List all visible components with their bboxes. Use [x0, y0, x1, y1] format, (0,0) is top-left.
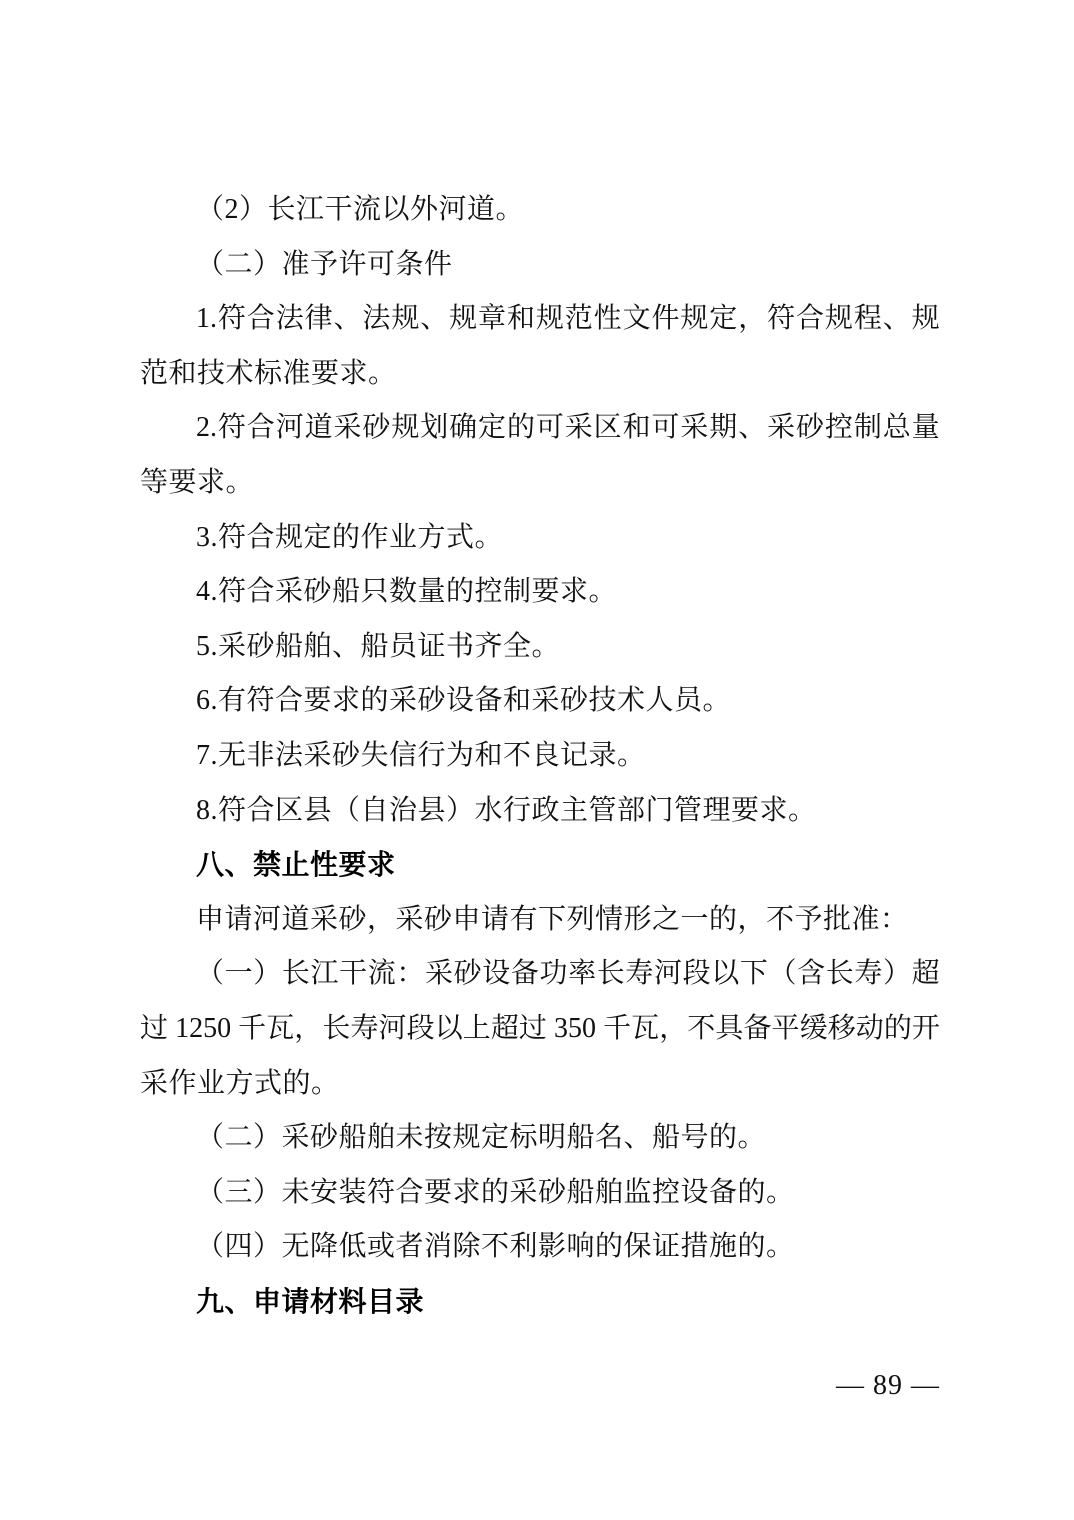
text-token: 动: [856, 1002, 884, 1057]
text-token: ）: [883, 947, 911, 1002]
text-token: 采: [680, 401, 708, 456]
text-token: 千: [603, 1002, 631, 1057]
text-token: 超: [491, 1002, 519, 1057]
text-token: 章: [478, 292, 506, 347]
text-token: 规: [912, 292, 940, 347]
text-token: 千: [238, 1002, 266, 1057]
text-token: 控: [825, 401, 853, 456]
text-token: 合: [796, 292, 824, 347]
text-token: 符: [218, 401, 246, 456]
text-token: 文: [623, 292, 651, 347]
text-token: 总: [883, 401, 911, 456]
text-line: （三）未安装符合要求的采砂船舶监控设备的。: [140, 1166, 940, 1221]
text-token: 制: [854, 401, 882, 456]
page-number: — 89 —: [836, 1366, 940, 1406]
text-token: 上: [463, 1002, 491, 1057]
text-token: ，: [738, 292, 766, 347]
text-token: （: [196, 947, 224, 1002]
text-token: 一: [225, 947, 253, 1002]
text-token: 符: [218, 292, 246, 347]
section-heading: 八、禁止性要求: [140, 838, 940, 893]
text-token: 长: [322, 1002, 350, 1057]
text-token: 期: [709, 401, 737, 456]
text-line: 8.符合区县（自治县）水行政主管部门管理要求。: [140, 784, 940, 839]
text-token: 合: [247, 401, 275, 456]
text-token: 长: [826, 947, 854, 1002]
text-token: 性: [594, 292, 622, 347]
text-token: 、: [420, 292, 448, 347]
text-token: 、: [738, 401, 766, 456]
section-heading: 九、申请材料目录: [140, 1275, 940, 1330]
text-token: 瓦: [266, 1002, 294, 1057]
text-token: 1.: [196, 292, 217, 347]
text-token: 规: [680, 292, 708, 347]
text-token: （: [769, 947, 797, 1002]
text-token: 定: [709, 292, 737, 347]
text-token: 过: [519, 1002, 547, 1057]
text-line: 5.采砂船舶、船员证书齐全。: [140, 620, 940, 675]
text-token: 过: [140, 1002, 168, 1057]
text-token: ：: [396, 947, 424, 1002]
text-token: 功: [540, 947, 568, 1002]
text-token: 和: [507, 292, 535, 347]
text-token: 程: [854, 292, 882, 347]
text-token: 河: [379, 1002, 407, 1057]
text-token: 范: [565, 292, 593, 347]
text-token: 可: [536, 401, 564, 456]
text-token: 长: [282, 947, 310, 1002]
text-line: 范和技术标准要求。: [140, 347, 940, 402]
text-token: 瓦: [631, 1002, 659, 1057]
document-page: （2）长江干流以外河道。（二）准予许可条件1.符合法律、法规、规章和规范性文件规…: [0, 0, 1074, 1520]
text-token: 以: [435, 1002, 463, 1057]
text-token: 规: [825, 292, 853, 347]
text-token: 规: [449, 292, 477, 347]
text-token: 件: [651, 292, 679, 347]
text-token: 移: [828, 1002, 856, 1057]
text-token: ）: [253, 947, 281, 1002]
text-token: 不: [687, 1002, 715, 1057]
text-token: 确: [449, 401, 477, 456]
text-token: 采: [425, 947, 453, 1002]
text-token: 砂: [796, 401, 824, 456]
text-token: ，: [659, 1002, 687, 1057]
text-token: 区: [594, 401, 622, 456]
text-token: 符: [767, 292, 795, 347]
text-token: 备: [511, 947, 539, 1002]
text-token: 砂: [362, 401, 390, 456]
text-token: 率: [568, 947, 596, 1002]
text-token: 定: [478, 401, 506, 456]
text-token: 划: [420, 401, 448, 456]
text-line: 过 1250 千瓦，长寿河段以上超过 350 千瓦，不具备平缓移动的开: [140, 1002, 940, 1057]
text-token: 合: [247, 292, 275, 347]
text-token: 寿: [625, 947, 653, 1002]
text-token: 、: [334, 292, 362, 347]
text-token: 规: [391, 292, 419, 347]
text-token: 2.: [196, 401, 217, 456]
text-line: 3.符合规定的作业方式。: [140, 511, 940, 566]
text-token: 寿: [854, 947, 882, 1002]
document-content: （2）长江干流以外河道。（二）准予许可条件1.符合法律、法规、规章和规范性文件规…: [140, 183, 940, 1329]
text-token: 干: [339, 947, 367, 1002]
text-line: （四）无降低或者消除不利影响的保证措施的。: [140, 1220, 940, 1275]
text-token: 量: [912, 401, 940, 456]
text-token: 超: [912, 947, 940, 1002]
text-token: 设: [482, 947, 510, 1002]
text-token: 段: [683, 947, 711, 1002]
text-line: 6.有符合要求的采砂设备和采砂技术人员。: [140, 674, 940, 729]
text-token: 河: [654, 947, 682, 1002]
text-token: 备: [743, 1002, 771, 1057]
text-token: 长: [597, 947, 625, 1002]
text-line: 等要求。: [140, 456, 940, 511]
text-token: 的: [507, 401, 535, 456]
text-line: 采作业方式的。: [140, 1057, 940, 1112]
text-token: 采: [767, 401, 795, 456]
text-line: 1.符合法律、法规、规章和规范性文件规定，符合规程、规: [140, 292, 940, 347]
text-token: 规: [536, 292, 564, 347]
text-token: 流: [368, 947, 396, 1002]
text-line: （2）长江干流以外河道。: [140, 183, 940, 238]
text-token: 、: [883, 292, 911, 347]
text-token: 和: [623, 401, 651, 456]
text-token: 开: [912, 1002, 940, 1057]
text-token: 含: [797, 947, 825, 1002]
text-token: 缓: [800, 1002, 828, 1057]
text-line: 4.符合采砂船只数量的控制要求。: [140, 565, 940, 620]
text-token: 采: [565, 401, 593, 456]
text-token: 江: [311, 947, 339, 1002]
text-token: 350: [547, 1002, 603, 1057]
text-token: 下: [740, 947, 768, 1002]
text-token: 可: [651, 401, 679, 456]
text-line: 申请河道采砂，采砂申请有下列情形之一的，不予批准：: [140, 893, 940, 948]
text-token: 采: [334, 401, 362, 456]
text-line: （二）准予许可条件: [140, 238, 940, 293]
text-token: 以: [711, 947, 739, 1002]
text-token: 法: [276, 292, 304, 347]
text-token: 律: [305, 292, 333, 347]
text-line: 7.无非法采砂失信行为和不良记录。: [140, 729, 940, 784]
text-line: （一）长江干流：采砂设备功率长寿河段以下（含长寿）超: [140, 947, 940, 1002]
text-token: 平: [772, 1002, 800, 1057]
text-token: ，: [294, 1002, 322, 1057]
text-token: 1250: [168, 1002, 238, 1057]
text-token: 具: [715, 1002, 743, 1057]
text-token: 规: [391, 401, 419, 456]
text-token: 段: [407, 1002, 435, 1057]
text-line: 2.符合河道采砂规划确定的可采区和可采期、采砂控制总量: [140, 401, 940, 456]
text-token: 道: [305, 401, 333, 456]
text-token: 砂: [454, 947, 482, 1002]
text-line: （二）采砂船舶未按规定标明船名、船号的。: [140, 1111, 940, 1166]
text-token: 的: [884, 1002, 912, 1057]
text-token: 河: [276, 401, 304, 456]
text-token: 寿: [350, 1002, 378, 1057]
text-token: 法: [362, 292, 390, 347]
